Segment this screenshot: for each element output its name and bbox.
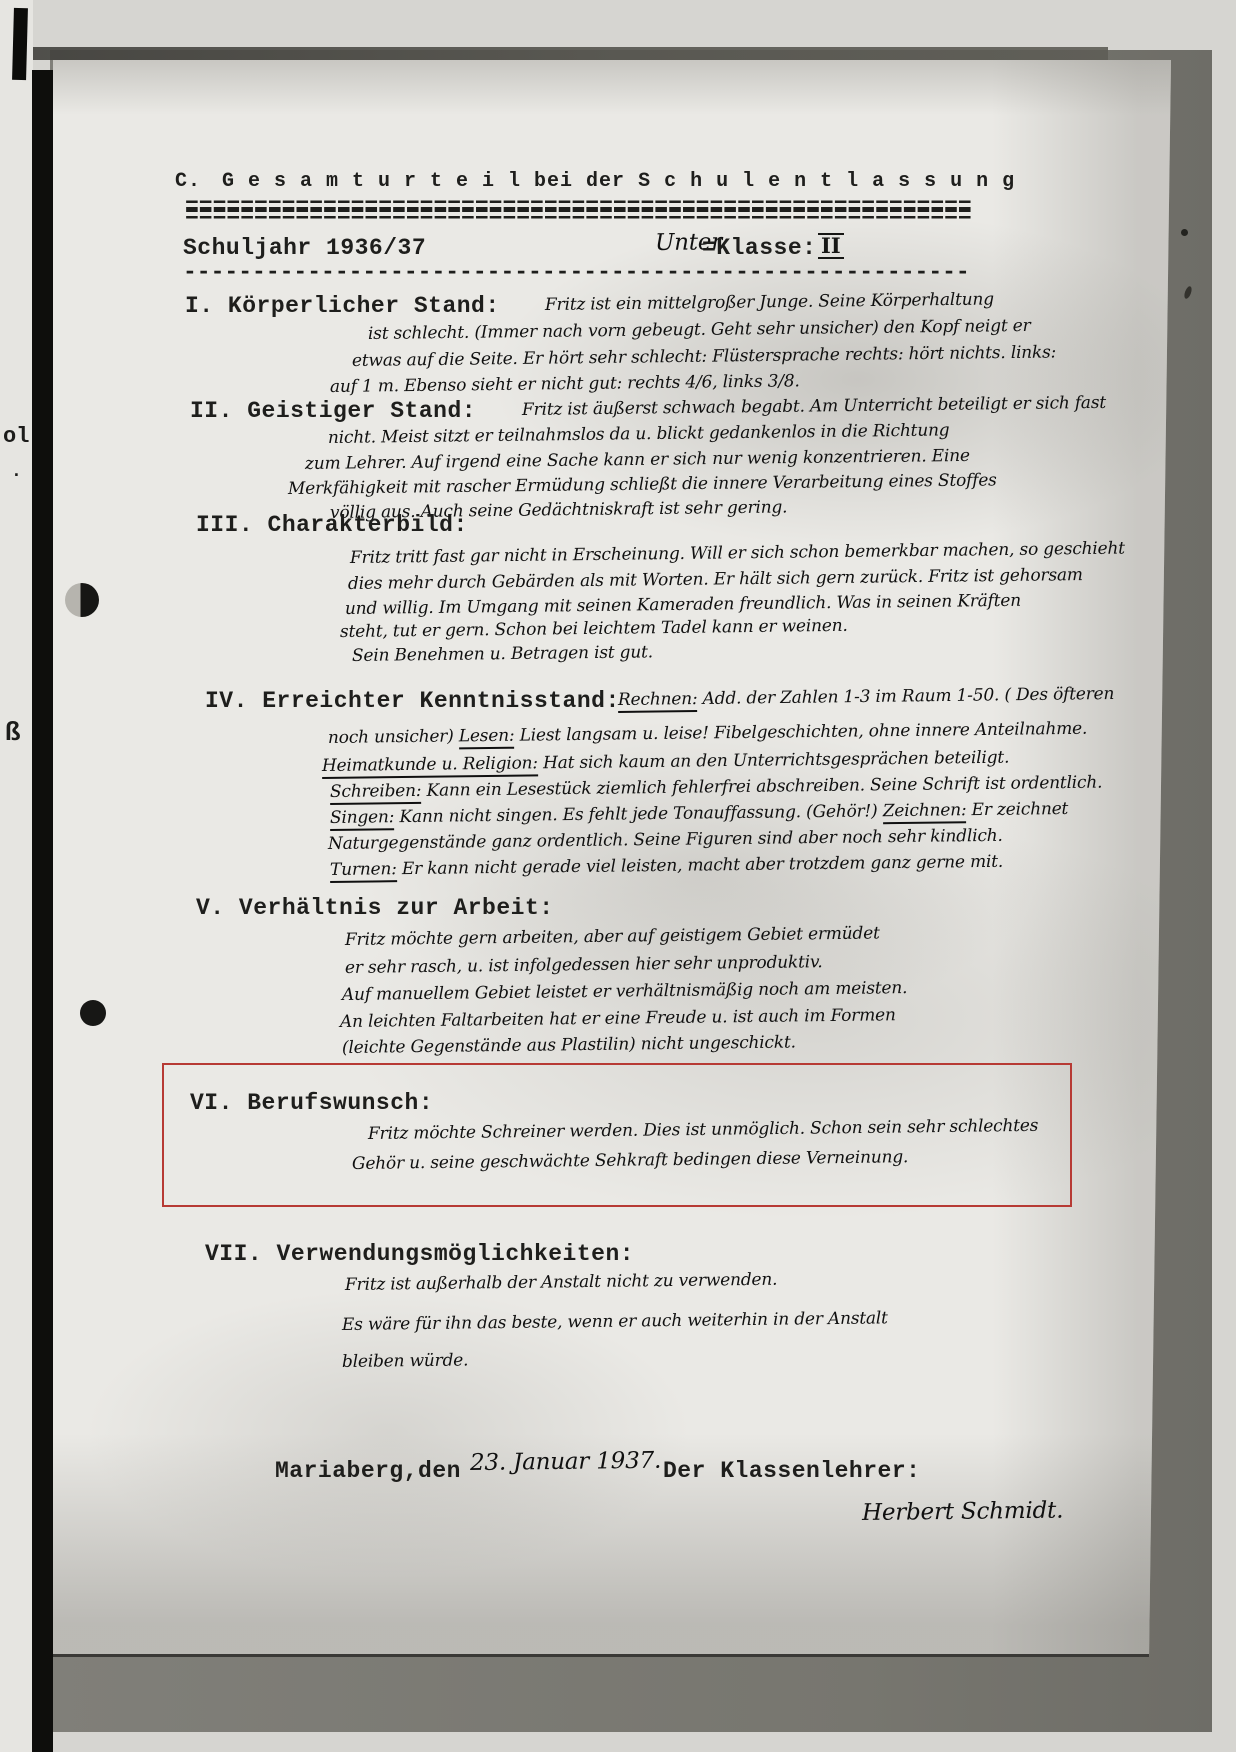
section-heading-V: V. Verhältnis zur Arbeit: xyxy=(196,895,554,921)
footer-date-handwritten: 23. Januar 1937. xyxy=(470,1448,661,1476)
handwriting-text: Naturgegenstände ganz ordentlich. Seine … xyxy=(328,826,1003,854)
handwriting-text: Fritz ist äußerst schwach begabt. Am Unt… xyxy=(522,393,1106,420)
handwriting-line-III-1: Fritz tritt fast gar nicht in Erscheinun… xyxy=(350,539,1125,568)
handwriting-text: Fritz tritt fast gar nicht in Erscheinun… xyxy=(350,539,1125,568)
handwriting-line-III-4: steht, tut er gern. Schon bei leichtem T… xyxy=(340,616,848,642)
handwriting-text: Kann ein Lesestück ziemlich fehlerfrei a… xyxy=(421,773,1102,801)
header-dashed-rule: ----------------------------------------… xyxy=(183,268,970,277)
handwriting-text: Liest langsam u. leise! Fibelgeschichten… xyxy=(514,719,1087,746)
handwriting-text: Er kann nicht gerade viel leisten, macht… xyxy=(397,852,1004,879)
handwriting-line-V-4: An leichten Faltarbeiten hat er eine Fre… xyxy=(340,1005,896,1032)
handwriting-text: bleiben würde. xyxy=(342,1350,469,1372)
handwriting-line-II-1: Fritz ist äußerst schwach begabt. Am Unt… xyxy=(522,393,1106,420)
handwriting-line-III-5: Sein Benehmen u. Betragen ist gut. xyxy=(352,642,653,666)
handwriting-line-IV-2: noch unsicher) Lesen: Liest langsam u. l… xyxy=(328,719,1087,748)
handwriting-text: Er zeichnet xyxy=(966,799,1068,820)
header-letter: C. xyxy=(175,170,201,193)
handwriting-line-I-4: auf 1 m. Ebenso sieht er nicht gut: rech… xyxy=(330,371,800,397)
footer-place: Mariaberg,den xyxy=(275,1458,461,1484)
handwriting-text: Fritz ist außerhalb der Anstalt nicht zu… xyxy=(345,1270,778,1295)
section-heading-I: I. Körperlicher Stand: xyxy=(185,293,500,319)
handwriting-line-VI-1: Fritz möchte Schreiner werden. Dies ist … xyxy=(368,1116,1038,1144)
handwriting-line-VII-2: Es wäre für ihn das beste, wenn er auch … xyxy=(342,1308,888,1335)
handwriting-line-V-1: Fritz möchte gern arbeiten, aber auf gei… xyxy=(345,923,880,950)
handwriting-text: noch unsicher) xyxy=(328,726,459,748)
handwriting-text: er sehr rasch, u. ist infolgedessen hier… xyxy=(345,952,823,978)
handwriting-text: Kann nicht singen. Es fehlt jede Tonauff… xyxy=(394,801,883,827)
handwriting-text: Fritz ist ein mittelgroßer Junge. Seine … xyxy=(545,290,994,315)
handwriting-underlined-term: Turnen: xyxy=(330,859,397,883)
handwriting-text: ist schlecht. (Immer nach vorn gebeugt. … xyxy=(368,316,1031,344)
klasse-value: II xyxy=(818,233,844,259)
handwriting-underlined-term: Zeichnen: xyxy=(883,800,967,824)
handwriting-text: Fritz möchte Schreiner werden. Dies ist … xyxy=(368,1116,1038,1144)
handwriting-text: Es wäre für ihn das beste, wenn er auch … xyxy=(342,1308,888,1335)
handwriting-text: (leichte Gegenstände aus Plastilin) nich… xyxy=(342,1032,796,1058)
handwriting-line-VII-3: bleiben würde. xyxy=(342,1350,469,1372)
section-heading-II: II. Geistiger Stand: xyxy=(190,398,476,424)
handwriting-text: Hat sich kaum an den Unterrichtsgespräch… xyxy=(538,748,1010,774)
handwriting-text: zum Lehrer. Auf irgend eine Sache kann e… xyxy=(305,446,970,474)
handwriting-line-II-2: nicht. Meist sitzt er teilnahmslos da u.… xyxy=(328,420,950,448)
handwriting-underlined-term: Singen: xyxy=(330,807,395,831)
handwriting-text: An leichten Faltarbeiten hat er eine Fre… xyxy=(340,1005,896,1032)
handwriting-line-II-3: zum Lehrer. Auf irgend eine Sache kann e… xyxy=(305,446,970,474)
handwriting-text: Sein Benehmen u. Betragen ist gut. xyxy=(352,642,653,666)
handwriting-underlined-term: Lesen: xyxy=(459,726,515,750)
handwriting-line-VI-2: Gehör u. seine geschwächte Sehkraft bedi… xyxy=(352,1147,908,1174)
handwriting-line-III-2: dies mehr durch Gebärden als mit Worten.… xyxy=(348,565,1083,594)
handwriting-underlined-term: Schreiben: xyxy=(330,781,422,805)
klasse-label: =Klasse: xyxy=(702,235,816,261)
section-heading-VII: VII. Verwendungsmöglichkeiten: xyxy=(205,1241,634,1267)
handwriting-line-III-3: und willig. Im Umgang mit seinen Kamerad… xyxy=(345,591,1021,619)
schuljahr-label: Schuljahr 1936/37 xyxy=(183,235,426,261)
handwriting-text: steht, tut er gern. Schon bei leichtem T… xyxy=(340,616,848,642)
handwriting-line-V-5: (leichte Gegenstände aus Plastilin) nich… xyxy=(342,1032,796,1058)
handwriting-underlined-term: Heimatkunde u. Religion: xyxy=(322,753,538,779)
handwriting-line-IV-5: Singen: Kann nicht singen. Es fehlt jede… xyxy=(330,799,1068,828)
section-heading-IV: IV. Erreichter Kenntnisstand: xyxy=(205,688,620,714)
handwriting-line-IV-6: Naturgegenstände ganz ordentlich. Seine … xyxy=(328,826,1003,854)
handwriting-line-I-1: Fritz ist ein mittelgroßer Junge. Seine … xyxy=(545,290,994,315)
document-content: C. G e s a m t u r t e i l bei der S c h… xyxy=(0,0,1236,1752)
handwriting-text: etwas auf die Seite. Er hört sehr schlec… xyxy=(352,342,1056,371)
handwriting-line-V-2: er sehr rasch, u. ist infolgedessen hier… xyxy=(345,952,823,978)
handwriting-text: Gehör u. seine geschwächte Sehkraft bedi… xyxy=(352,1147,908,1174)
handwriting-line-V-3: Auf manuellem Gebiet leistet er verhältn… xyxy=(342,978,908,1005)
handwriting-line-IV-1: Rechnen: Add. der Zahlen 1-3 im Raum 1-5… xyxy=(618,684,1114,710)
handwriting-text: und willig. Im Umgang mit seinen Kamerad… xyxy=(345,591,1021,619)
header-title: G e s a m t u r t e i l bei der S c h u … xyxy=(222,170,1015,193)
handwriting-line-IV-7: Turnen: Er kann nicht gerade viel leiste… xyxy=(330,852,1003,880)
handwriting-text: nicht. Meist sitzt er teilnahmslos da u.… xyxy=(328,420,950,448)
handwriting-text: dies mehr durch Gebärden als mit Worten.… xyxy=(348,565,1083,594)
handwriting-text: Add. der Zahlen 1-3 im Raum 1-50. ( Des … xyxy=(697,684,1114,709)
handwriting-line-II-4: Merkfähigkeit mit rascher Ermüdung schli… xyxy=(288,470,997,499)
section-heading-VI: VI. Berufswunsch: xyxy=(190,1090,433,1116)
handwriting-text: Auf manuellem Gebiet leistet er verhältn… xyxy=(342,978,908,1005)
handwriting-line-I-3: etwas auf die Seite. Er hört sehr schlec… xyxy=(352,342,1056,371)
handwriting-line-VII-1: Fritz ist außerhalb der Anstalt nicht zu… xyxy=(345,1270,778,1295)
section-heading-III: III. Charakterbild: xyxy=(196,512,468,538)
handwriting-line-I-2: ist schlecht. (Immer nach vorn gebeugt. … xyxy=(368,316,1031,344)
signature: Herbert Schmidt. xyxy=(862,1498,1064,1526)
footer-teacher-label: Der Klassenlehrer: xyxy=(663,1458,920,1484)
header-double-rule-2: ========================================… xyxy=(185,212,972,221)
handwriting-text: auf 1 m. Ebenso sieht er nicht gut: rech… xyxy=(330,371,800,397)
handwriting-text: Fritz möchte gern arbeiten, aber auf gei… xyxy=(345,923,880,950)
handwriting-text: Merkfähigkeit mit rascher Ermüdung schli… xyxy=(288,470,997,499)
handwriting-line-IV-3: Heimatkunde u. Religion: Hat sich kaum a… xyxy=(322,748,1009,776)
handwriting-underlined-term: Rechnen: xyxy=(618,689,698,713)
